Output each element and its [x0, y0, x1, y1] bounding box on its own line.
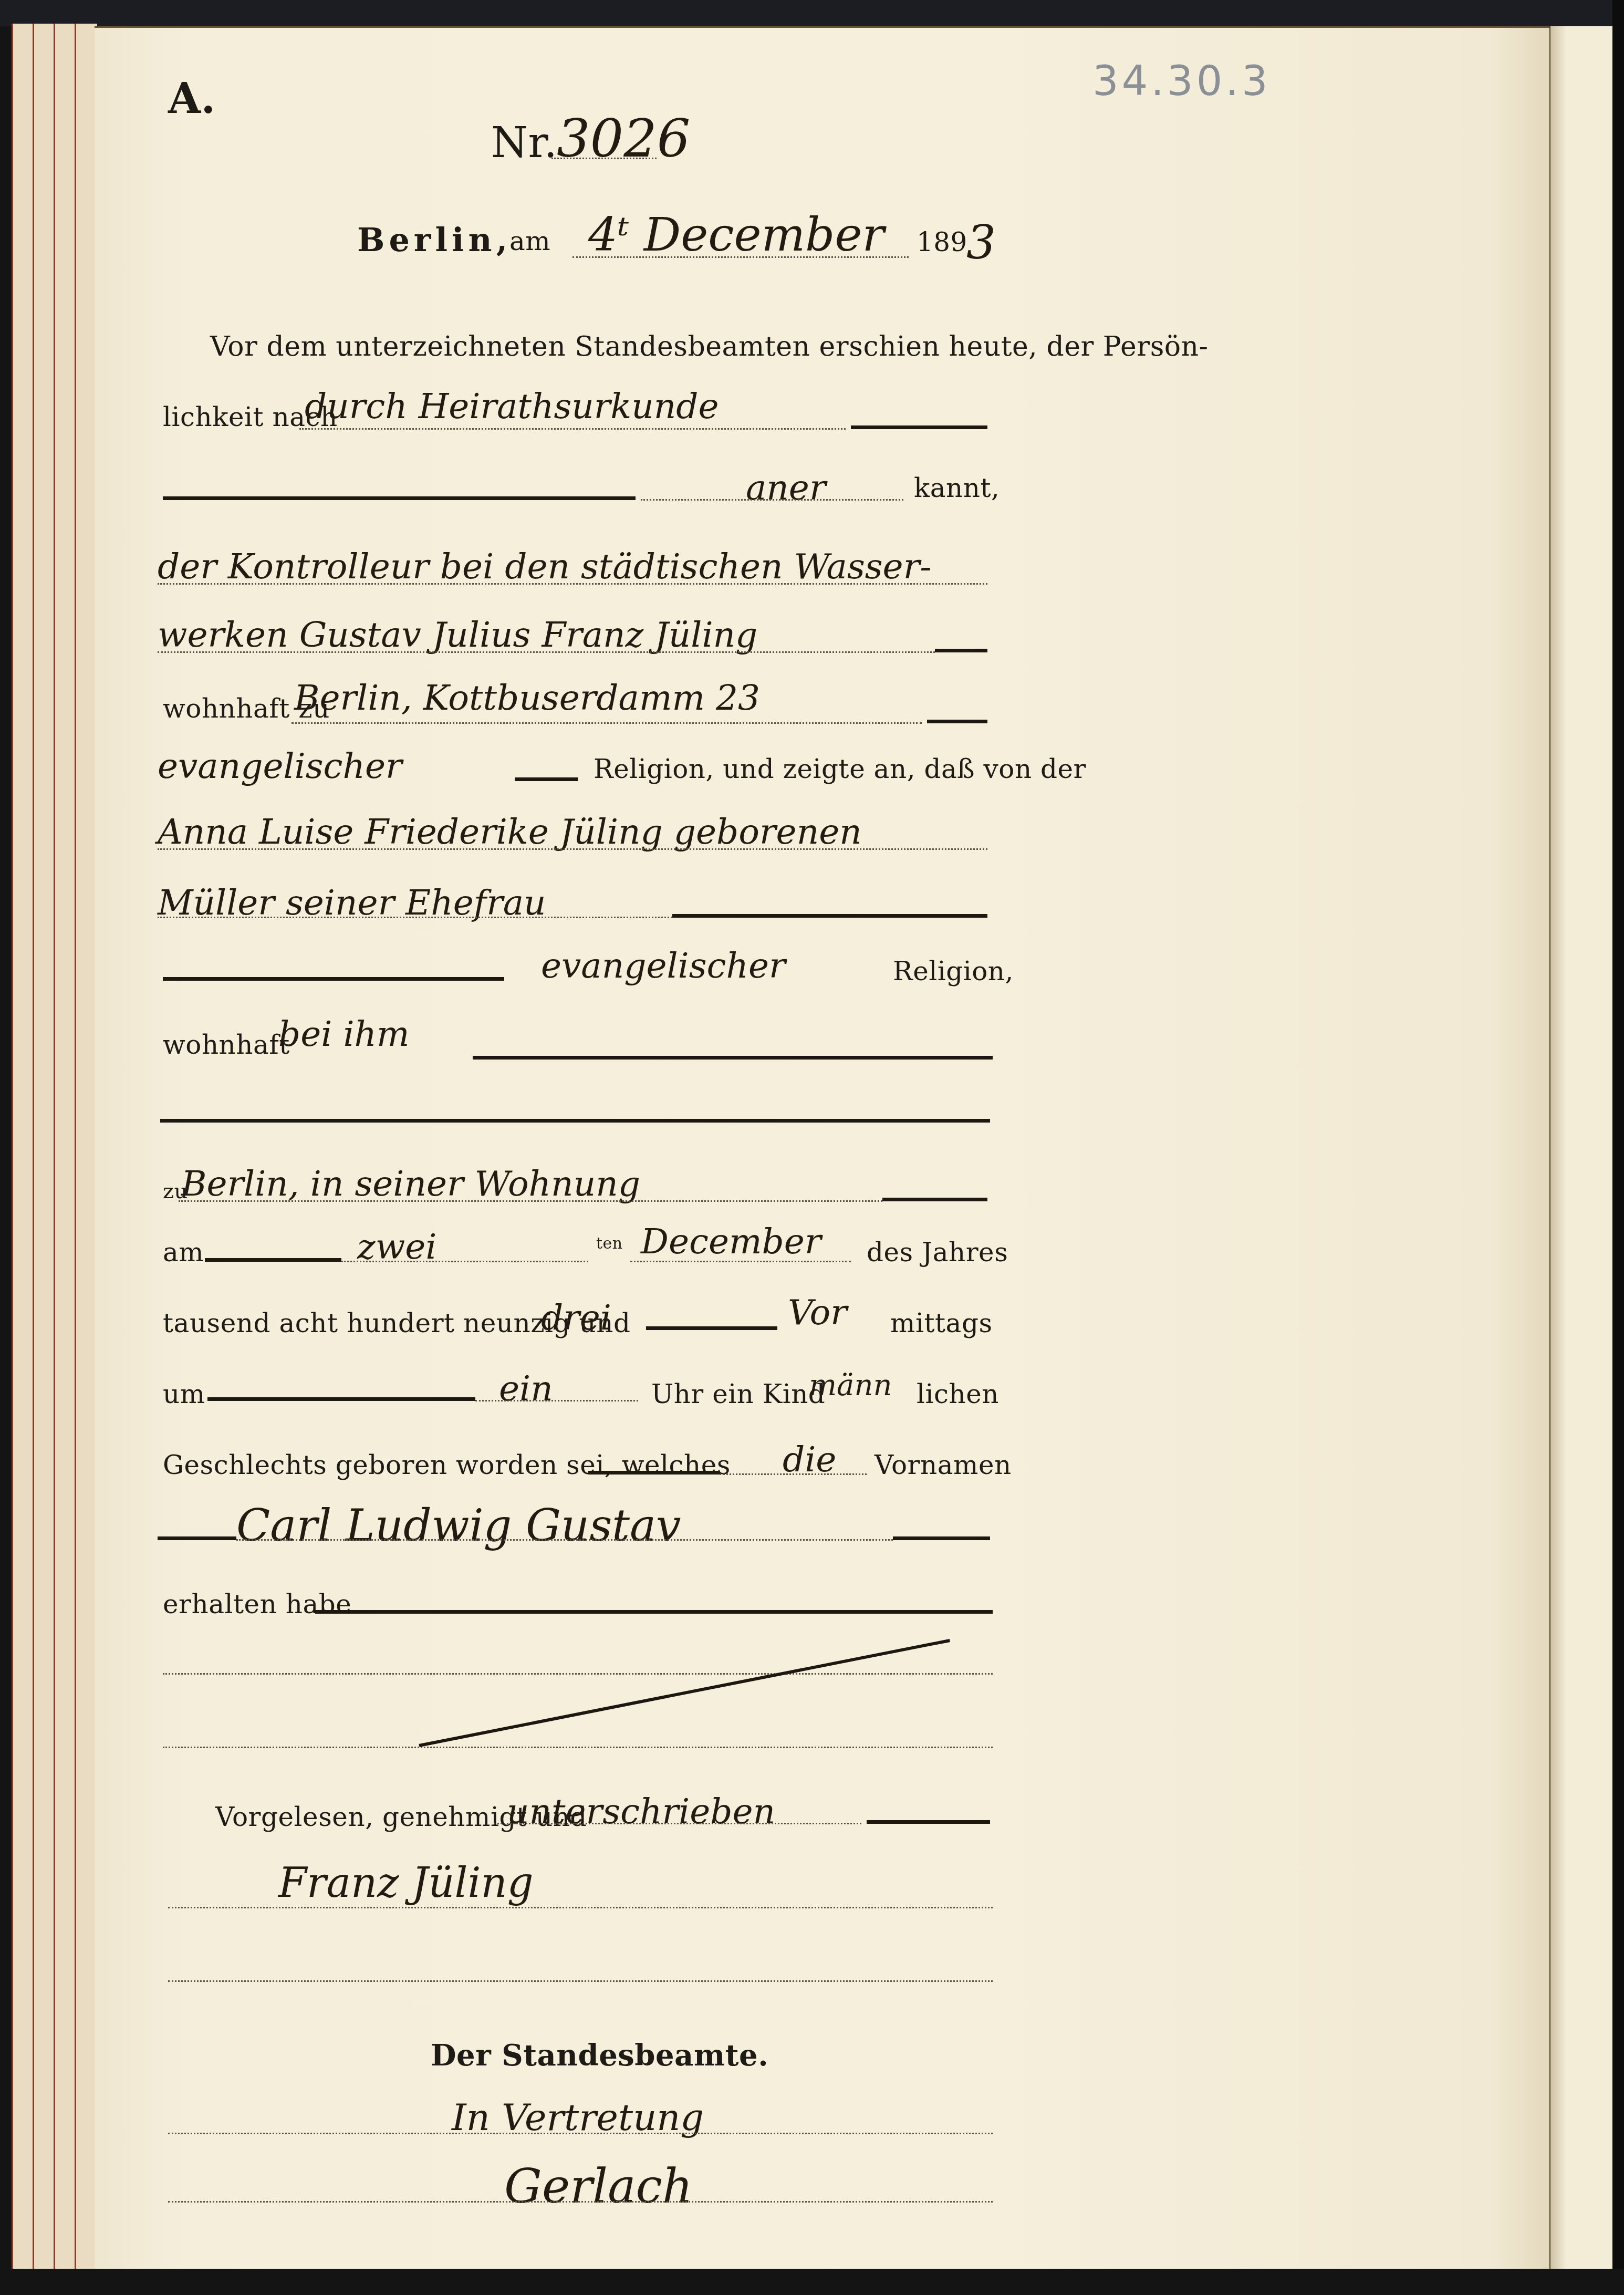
dotted-line: [163, 1673, 993, 1675]
registrar-heading: Der Standesbeamte.: [431, 2038, 768, 2073]
birth-month: December: [641, 1221, 821, 1262]
fill-rule: [315, 1610, 993, 1614]
year-printed: 189: [917, 227, 967, 257]
label-ten: ten: [596, 1234, 623, 1253]
fill-rule: [882, 1198, 987, 1201]
dotted-line: [179, 1200, 882, 1202]
dotted-line: [641, 499, 903, 501]
dotted-line: [494, 1823, 861, 1824]
fill-rule: [207, 1397, 475, 1401]
declarant-address: Berlin, Kottbuserdamm 23: [294, 678, 760, 718]
label-vornamen: Vornamen: [875, 1450, 1012, 1480]
dotted-line: [292, 722, 922, 724]
page-edge: [12, 24, 34, 2295]
dotted-line: [158, 848, 987, 850]
dotted-line: [341, 1261, 588, 1262]
dotted-line: [168, 2133, 993, 2134]
label-des-jahres: des Jahres: [867, 1237, 1008, 1268]
register-page: [95, 26, 1549, 2271]
record-number-label: Nr.: [491, 118, 557, 167]
facing-page: [1549, 26, 1613, 2269]
fill-rule: [473, 1056, 993, 1060]
child-sex: männ: [809, 1368, 892, 1403]
read-approved-signed: unterschrieben: [507, 1791, 775, 1832]
place: Berlin,: [357, 221, 512, 259]
fill-rule: [927, 720, 987, 723]
birth-daytime: Vor: [788, 1292, 847, 1333]
known-prefix: aner: [746, 468, 826, 508]
label-religion-anzeige: Religion, und zeigte an, daß von der: [594, 754, 1086, 784]
year-handwritten: 3: [966, 215, 996, 269]
label-geschlechts: Geschlechts geboren worden sei, welches: [163, 1450, 731, 1480]
date-prefix: am: [509, 226, 550, 256]
fill-rule: [163, 496, 636, 500]
label-am: am: [163, 1237, 204, 1268]
fill-rule: [158, 1536, 236, 1540]
mother-residence: bei ihm: [278, 1014, 410, 1054]
printed-intro: Vor dem unterzeichneten Standesbeamten e…: [210, 331, 1209, 362]
page-edge: [75, 24, 97, 2295]
dotted-line: [168, 2201, 993, 2203]
fill-rule: [163, 977, 504, 981]
dotted-line: [551, 158, 657, 159]
birth-place: Berlin, in seiner Wohnung: [181, 1164, 640, 1204]
child-given-names: Carl Ludwig Gustav: [236, 1500, 681, 1551]
label-lichen: lichen: [917, 1379, 999, 1409]
declarant-occupation: der Kontrolleur bei den städtischen Wass…: [158, 546, 932, 587]
book-edge-right: [1612, 0, 1624, 2295]
page-edge: [54, 24, 76, 2295]
fill-rule: [672, 914, 987, 918]
dotted-line: [168, 1907, 993, 1908]
dotted-line: [236, 1539, 893, 1541]
mother-name: Anna Luise Friederike Jüling geborenen: [158, 812, 862, 852]
dotted-line: [630, 1261, 851, 1262]
form-letter: A.: [168, 74, 216, 123]
label-religion: Religion,: [893, 956, 1014, 986]
dotted-line: [158, 651, 935, 653]
registrar-signature: Gerlach: [504, 2159, 693, 2214]
record-number: 3026: [557, 108, 691, 169]
dotted-line: [168, 1980, 993, 1982]
dotted-line: [163, 1747, 993, 1748]
page-edge: [33, 24, 55, 2295]
dotted-line: [158, 917, 672, 918]
mother-religion: evangelischer: [541, 946, 786, 986]
fill-rule: [588, 1471, 720, 1474]
dotted-line: [475, 1400, 638, 1401]
label-um: um: [163, 1379, 205, 1409]
fill-rule: [160, 1119, 990, 1123]
declarant-signature: Franz Jüling: [278, 1860, 534, 1907]
identity-basis: durch Heirathsurkunde: [305, 386, 719, 427]
fill-rule: [893, 1536, 990, 1540]
fill-rule: [205, 1258, 341, 1262]
date-handwritten: 4ᵗ December: [588, 207, 884, 262]
declarant-religion: evangelischer: [158, 746, 402, 786]
label-kannt: kannt,: [914, 473, 1000, 503]
fill-rule: [646, 1326, 777, 1330]
book-cover-top: [0, 0, 1624, 26]
birth-hour: ein: [499, 1368, 553, 1409]
declarant-name: werken Gustav Julius Franz Jüling: [158, 615, 757, 655]
label-erhalten-habe: erhalten habe: [163, 1589, 351, 1619]
fill-rule: [867, 1820, 990, 1824]
dotted-line: [572, 256, 909, 258]
birth-year: drei: [541, 1297, 611, 1338]
label-uhr-kind: Uhr ein Kind: [651, 1379, 825, 1409]
fill-rule: [935, 649, 987, 652]
dotted-line: [158, 583, 987, 585]
pencil-annotation: 34.30.3: [1092, 58, 1271, 105]
fill-rule: [851, 425, 987, 429]
book-edge-bottom: [0, 2269, 1624, 2295]
label-wohnhaft-mother: wohnhaft: [163, 1030, 290, 1060]
dotted-line: [720, 1473, 867, 1475]
label-mittags: mittags: [890, 1308, 993, 1338]
fill-rule: [515, 777, 578, 781]
dotted-line: [299, 428, 846, 430]
